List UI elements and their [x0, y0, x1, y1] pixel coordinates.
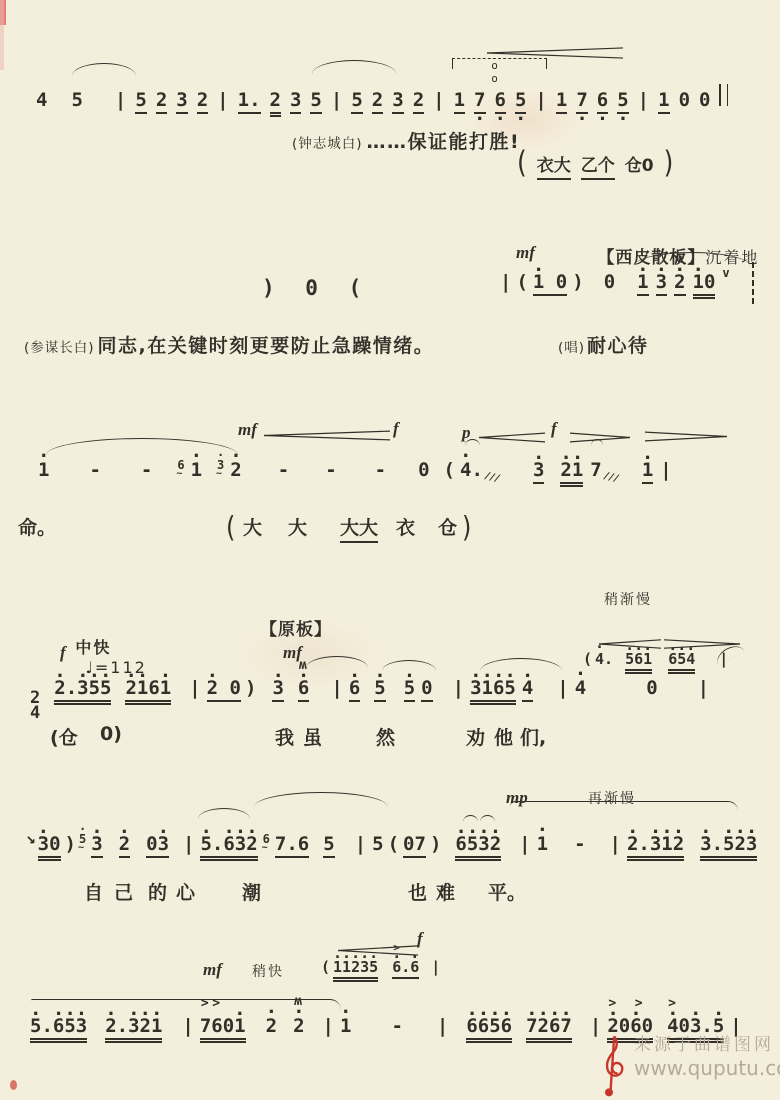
note-token: ·3	[272, 676, 283, 702]
scan-artifact-pink-edge	[0, 0, 4, 70]
tempo-change-label: 稍快	[252, 961, 284, 981]
note-token: v	[722, 261, 729, 285]
tempo-change-label: 稍渐慢	[604, 589, 652, 609]
note-token: · ···5.653	[30, 1014, 87, 1040]
note-token: ↘	[26, 826, 36, 850]
note-token: · 2 0	[207, 676, 241, 702]
speech-text: ……保证能打胜!	[367, 127, 521, 154]
note-token: ····3165	[470, 676, 516, 702]
note-token: 6~	[263, 832, 270, 846]
note-token: 5	[372, 832, 383, 856]
note-token: |	[500, 270, 511, 294]
note-token: · ···2.321	[105, 1014, 162, 1040]
system4-lyrics-row: (仓0)我虽然劝他们,	[0, 723, 780, 753]
note-token: (	[444, 458, 455, 482]
note-token: 5	[310, 88, 321, 114]
note-token: · 4.	[595, 650, 613, 669]
lyric-syllable: 0)	[100, 723, 122, 745]
note-token: ʍ·2	[293, 1014, 304, 1038]
note-token: |	[775, 832, 780, 856]
note-token: ····7267	[526, 1014, 572, 1040]
note-token: |	[331, 88, 342, 112]
note-token: ·3~	[217, 458, 224, 472]
note-token: 1.	[238, 88, 261, 114]
note-token: 5	[135, 88, 146, 114]
note-token: |	[610, 832, 621, 856]
system1-percussion-row: (衣大乙个仓0)	[517, 151, 673, 180]
lyric-syllable: 然	[376, 723, 395, 750]
note-token: ·2	[266, 1014, 277, 1038]
note-token: ····6656	[466, 1014, 512, 1040]
lyric-text: 耐心待	[587, 331, 649, 358]
lyric-syllable: (仓	[50, 723, 78, 750]
system1-notes-row: 45|5232|1.235|5232|17·6·5·|17·6·5·|100	[36, 84, 728, 114]
note-token: ʍ·6	[298, 676, 309, 702]
note-token: |	[183, 832, 194, 856]
note-token: 07	[403, 832, 426, 858]
note-token: ·3	[533, 458, 544, 484]
percussion-bracket-circles: o o	[468, 59, 539, 85]
note-token: 仓0	[625, 154, 654, 178]
note-token: 5	[323, 832, 334, 858]
system3-lyrics-row: 命。(大大大大衣仓)	[0, 513, 780, 543]
note-token: · ···2.355	[54, 676, 111, 702]
percussion-symbol: ) 0 (	[262, 276, 370, 300]
note-token: ·2	[119, 832, 130, 858]
crescendo-wedge	[479, 432, 545, 443]
note-token: -	[89, 458, 100, 482]
note-token: 0	[679, 88, 690, 112]
note-token: (	[517, 151, 527, 175]
lyric-syllable: 大大	[340, 513, 378, 543]
treble-clef-icon	[598, 1034, 628, 1100]
note-token: 2	[156, 88, 167, 114]
note-token: ·6	[349, 676, 360, 702]
note-token: ·5	[404, 676, 415, 702]
lyric-syllable: 命。	[18, 513, 56, 540]
note-token: ····6532	[455, 832, 501, 858]
note-token: ·3	[91, 832, 102, 858]
note-token: -	[391, 1014, 402, 1038]
note-token: ·1	[191, 458, 202, 482]
note-token: · 30	[38, 832, 61, 858]
dashed-barline	[752, 262, 754, 304]
note-token	[719, 84, 728, 106]
scan-artifact-red-speck	[10, 1080, 17, 1090]
note-token: · 1 0	[533, 270, 567, 296]
note-token: |	[660, 458, 671, 482]
note-token: ···561	[625, 650, 652, 671]
system2-notes-row: |(· 1 0)0·1·3ʍ·2· 10v	[500, 270, 730, 296]
banshi-label: 【原板】	[260, 615, 332, 640]
note-token: 0	[699, 88, 710, 112]
note-token: |	[519, 832, 530, 856]
note-token: ·5	[374, 676, 385, 702]
note-token: ·1	[38, 458, 49, 482]
lyric-syllable: 大	[243, 513, 262, 540]
note-token: |	[557, 676, 568, 700]
note-token: 4	[36, 88, 47, 112]
note-token: |	[535, 88, 546, 112]
note-token: |	[331, 676, 342, 700]
dynamic-f: f	[417, 929, 423, 949]
note-token: 衣大	[537, 154, 571, 180]
note-token: ///	[481, 465, 501, 492]
dynamic-f: f	[60, 643, 66, 663]
note-token: · ···3.523	[700, 832, 757, 858]
lyric-syllable: 我	[275, 723, 294, 750]
phrase-slur	[46, 438, 238, 455]
slur	[312, 60, 396, 74]
note-token: 2	[197, 88, 208, 114]
system5-notes-row: ↘· 30)·5~·3·2 ·03|· ···5.6326~7.65|5(07)…	[26, 832, 780, 858]
note-token: 0	[604, 270, 615, 294]
note-token: · ···5.632	[200, 832, 257, 858]
watermark: 来源于曲谱图网 www.quputu.com	[598, 1034, 780, 1100]
lyric-syllable: 难	[436, 878, 455, 905]
note-token: )	[430, 832, 441, 856]
dynamic-mf: mf	[238, 420, 257, 440]
note-token: |	[638, 88, 649, 112]
system6-cue-notes-row: (·····11235>· ·6.6|	[323, 958, 440, 979]
sing-tag: (唱)	[558, 336, 585, 356]
speech-text: 同志,在关键时刻更要防止急躁情绪。	[98, 331, 435, 358]
note-token: )	[664, 151, 674, 175]
note-token: -	[278, 458, 289, 482]
note-token: 5·	[617, 88, 628, 114]
system4-notes-row: 24· ···2.355·· ·2161|· 2 0)·3ʍ·6|·6·5·50…	[30, 676, 709, 712]
note-token: ·4	[522, 676, 533, 702]
note-token: ·3	[656, 270, 667, 296]
phrase-slur	[510, 801, 738, 811]
phrase-slur	[254, 792, 388, 807]
system5-lyrics-row: 自己的心潮也难平。	[0, 878, 780, 908]
note-token: 24	[30, 682, 40, 712]
note-token: |	[698, 676, 709, 700]
system1-speech-row: (钟志城白) ……保证能打胜!	[292, 127, 520, 154]
lyric-syllable: (	[226, 510, 235, 544]
lyric-syllable: 也	[408, 878, 427, 905]
note-token: 2	[270, 88, 281, 114]
note-token: · 4.	[460, 458, 483, 482]
speaker-tag: (钟志城白)	[292, 132, 363, 152]
note-token: )	[572, 270, 583, 294]
note-token: |	[453, 676, 464, 700]
lyric-syllable: 自	[84, 878, 103, 905]
note-token: ///	[600, 465, 620, 492]
note-token: |	[189, 676, 200, 700]
note-token: 2	[413, 88, 424, 114]
note-token: |	[115, 88, 126, 112]
note-token: ·1	[642, 458, 653, 484]
note-token: 0	[421, 676, 432, 702]
lyric-syllable: 仓	[438, 513, 457, 540]
note-token: 5	[71, 88, 82, 112]
system4-cue-notes-row: (· 4.···561···654|	[585, 650, 728, 671]
note-token: 1	[658, 88, 669, 114]
note-token: >· ·6.6	[392, 958, 419, 979]
decrescendo-wedge	[645, 431, 727, 442]
note-token: -	[574, 832, 585, 856]
note-token: |	[437, 1014, 448, 1038]
dynamic-f: f	[393, 419, 399, 439]
crescendo-wedge	[264, 430, 390, 441]
lyric-syllable: 虽	[303, 723, 322, 750]
note-token: ·· ·2161	[125, 676, 171, 702]
note-token: 1	[454, 88, 465, 114]
note-token: 5	[351, 88, 362, 114]
lyric-syllable: 潮	[242, 878, 261, 905]
note-token: ·03	[146, 832, 169, 858]
note-token: |	[433, 88, 444, 112]
slur	[72, 63, 136, 76]
note-token: 7·	[474, 88, 485, 114]
note-token: 7	[590, 458, 601, 482]
note-token: ·1	[537, 832, 548, 856]
system3-notes-row: ·1--6~·1·3~·2---0(· 4.///·3··217///·1|	[38, 458, 672, 486]
note-token: (	[321, 958, 330, 977]
speaker-tag: (参谋长白)	[24, 336, 95, 356]
note-token: )	[65, 832, 76, 856]
note-token: 7·	[576, 88, 587, 114]
note-token: 3	[392, 88, 403, 114]
note-token: -	[141, 458, 152, 482]
sheet-music-page: o o 45|5232|1.235|5232|17·6·5·|17·6·5·|1…	[0, 0, 780, 1100]
slur	[198, 808, 250, 819]
system2-sing-row: (唱) 耐心待	[558, 331, 649, 358]
note-token: 3	[176, 88, 187, 114]
dynamic-f: f	[551, 419, 557, 439]
watermark-source-text: 来源于曲谱图网	[634, 1034, 780, 1056]
lyric-syllable: )	[462, 510, 471, 544]
note-token: )	[245, 676, 256, 700]
note-token: 6·	[495, 88, 506, 114]
note-token: 6~	[177, 458, 184, 472]
watermark-url-text: www.quputu.com	[634, 1056, 780, 1080]
dynamic-mf: mf	[203, 960, 222, 980]
lyric-syllable: 心	[176, 878, 195, 905]
note-token: |	[217, 88, 228, 112]
note-token: ·1	[637, 270, 648, 296]
lyric-syllable: 衣	[396, 513, 415, 540]
note-token: ·2	[230, 458, 241, 482]
note-token: 1	[556, 88, 567, 114]
tempo-label: 中快	[75, 638, 111, 657]
note-token: -	[375, 458, 386, 482]
note-token: ···654	[668, 650, 695, 671]
note-token: (	[516, 270, 527, 294]
note-token: · ···2.312	[627, 832, 684, 858]
note-token: · 10	[693, 270, 716, 296]
note-token: ·1	[340, 1014, 351, 1038]
note-token: 3	[290, 88, 301, 114]
note-token: 2	[372, 88, 383, 114]
note-token: |	[355, 832, 366, 856]
lyric-syllable: 大	[288, 513, 307, 540]
note-token: 0	[646, 676, 657, 700]
note-token: |	[431, 958, 440, 977]
lyric-syllable: 的	[148, 878, 167, 905]
note-token: ·4	[575, 676, 586, 700]
note-token: ·····11235	[333, 958, 378, 979]
note-token: 6·	[597, 88, 608, 114]
note-token: ··21	[560, 458, 583, 484]
lyric-syllable: 平。	[488, 878, 526, 905]
note-token: >> ·7601	[200, 1014, 246, 1040]
note-token: |	[323, 1014, 334, 1038]
system2-speech-row: (参谋长白) 同志,在关键时刻更要防止急躁情绪。	[24, 331, 434, 358]
note-token: 0	[418, 458, 429, 482]
note-token: 7.6	[275, 832, 309, 858]
note-token: 乙个	[581, 154, 615, 180]
note-token: ʍ·2	[674, 270, 685, 296]
lyric-syllable: 己	[114, 878, 133, 905]
lyric-syllable: 们,	[520, 723, 546, 750]
note-token: 5·	[515, 88, 526, 114]
note-token: (	[388, 832, 399, 856]
note-token: ·5~	[79, 832, 86, 846]
note-token: -	[325, 458, 336, 482]
lyric-syllable: 他	[494, 723, 513, 750]
lyric-syllable: 劝	[466, 723, 485, 750]
note-token: |	[182, 1014, 193, 1038]
